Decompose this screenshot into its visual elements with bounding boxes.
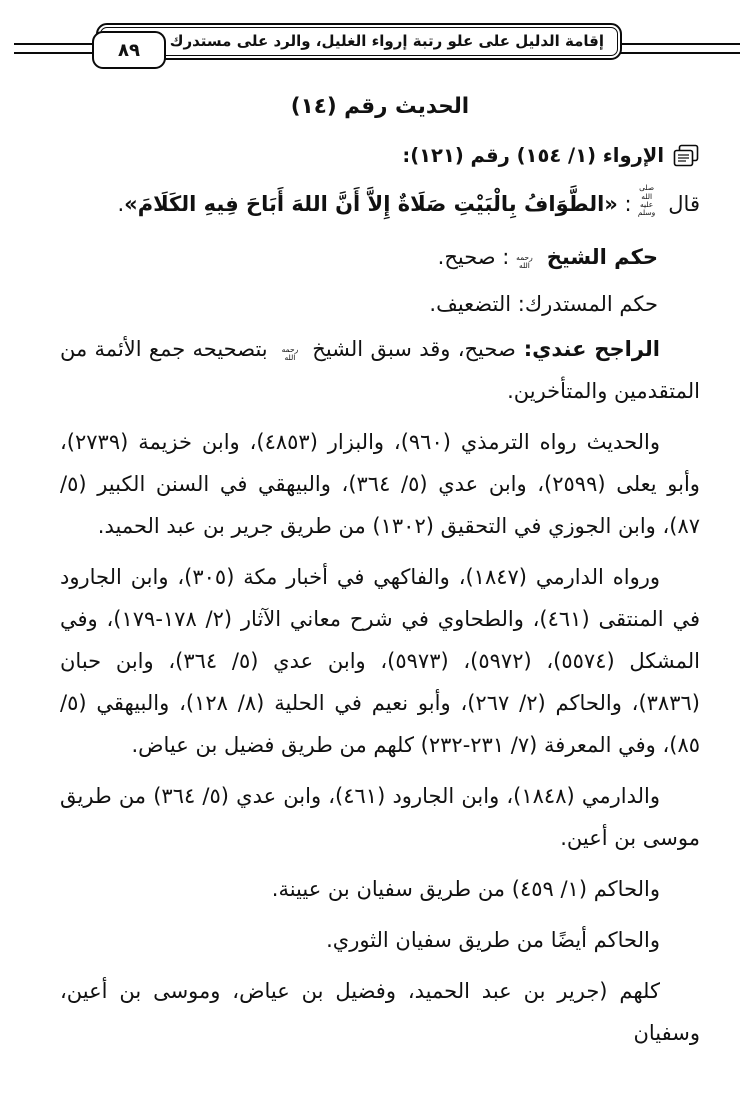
preferred-verdict-before: صحيح، وقد سبق الشيخ <box>305 337 516 361</box>
saw-honorific-icon: صلى الله عليه وسلم <box>634 184 660 217</box>
mustadrak-ruling-line: حكم المستدرك: التضعيف. <box>60 281 700 328</box>
hadith-text-line: قال صلى الله عليه وسلم: «الطَّوَافُ بِال… <box>60 183 700 225</box>
hadith-prefix: قال <box>662 192 700 216</box>
mustadrak-ruling-value: : التضعيف. <box>429 292 524 316</box>
source-reference-text: الإرواء (١/ ١٥٤) رقم (١٢١): <box>402 141 664 171</box>
takhrij-paragraph: ورواه الدارمي (١٨٤٧)، والفاكهي في أخبار … <box>60 556 700 766</box>
hadith-colon: : <box>618 192 632 216</box>
mustadrak-ruling-label: حكم المستدرك <box>525 292 658 316</box>
sheikh-ruling-label: حكم الشيخ <box>539 245 658 269</box>
takhrij-paragraph: والحاكم (١/ ٤٥٩) من طريق سفيان بن عيينة. <box>60 868 700 910</box>
takhrij-paragraph: والدارمي (١٨٤٨)، وابن الجارود (٤٦١)، واب… <box>60 775 700 859</box>
preferred-verdict-label: الراجح عندي: <box>516 337 660 361</box>
page-content: الحديث رقم (١٤) الإرواء (١/ ١٥٤) رقم (١٢… <box>60 94 700 1063</box>
page-number: ٨٩ <box>118 40 140 61</box>
takhrij-paragraph: كلهم (جرير بن عبد الحميد، وفضيل بن عياض،… <box>60 970 700 1054</box>
document-pages-icon <box>672 144 700 168</box>
rahimahullah-honorific-icon: رحمه الله <box>277 346 303 363</box>
book-title: إقامة الدليل على علو رتبة إرواء الغليل، … <box>100 27 618 56</box>
page-number-box: ٨٩ <box>92 31 166 69</box>
source-reference-line: الإرواء (١/ ١٥٤) رقم (١٢١): <box>60 141 700 171</box>
preferred-verdict-paragraph: الراجح عندي: صحيح، وقد سبق الشيخ رحمه ال… <box>60 328 700 412</box>
hadith-heading: الحديث رقم (١٤) <box>60 94 700 119</box>
takhrij-paragraph: والحاكم أيضًا من طريق سفيان الثوري. <box>60 919 700 961</box>
book-title-box: إقامة الدليل على علو رتبة إرواء الغليل، … <box>96 23 622 60</box>
rahimahullah-honorific-icon: رحمه الله <box>511 254 537 271</box>
hadith-quote: «الطَّوَافُ بِالْبَيْتِ صَلَاةٌ إِلاَّ أ… <box>124 192 618 216</box>
sheikh-ruling-value: : صحيح. <box>438 245 510 269</box>
book-page: إقامة الدليل على علو رتبة إرواء الغليل، … <box>0 0 744 1094</box>
takhrij-paragraph: والحديث رواه الترمذي (٩٦٠)، والبزار (٤٨٥… <box>60 421 700 547</box>
sheikh-ruling-line: حكم الشيخ رحمه الله: صحيح. <box>60 234 700 281</box>
